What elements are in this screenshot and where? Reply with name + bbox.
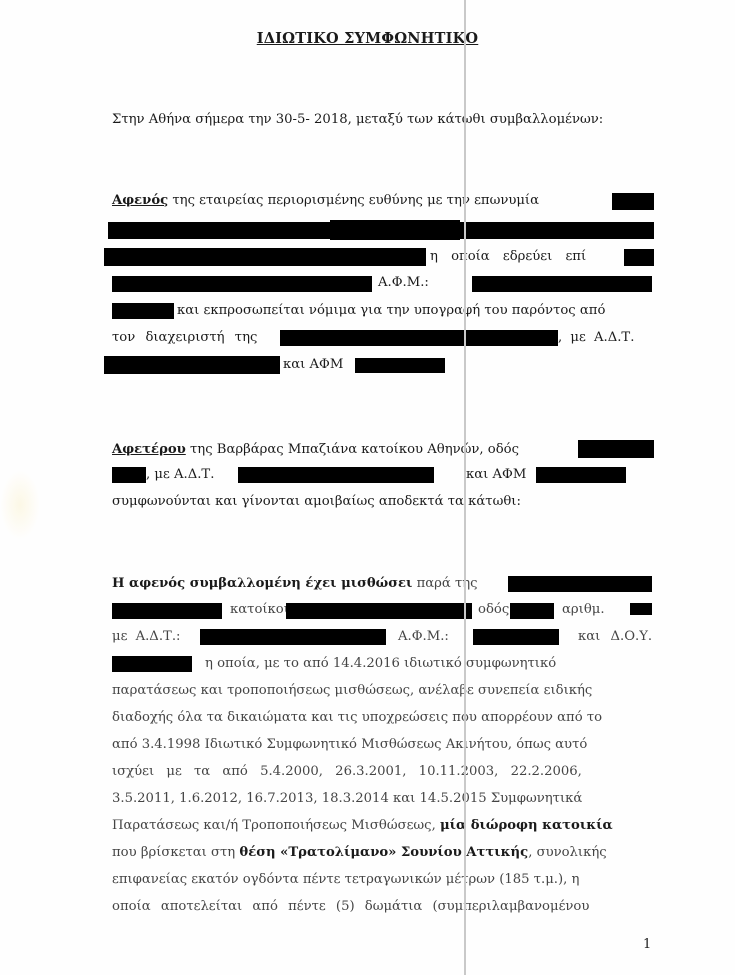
- redaction: [200, 629, 386, 645]
- intro-line: Στην Αθήνα σήμερα την 30-5- 2018, μεταξύ…: [112, 110, 652, 130]
- clause1-line-3b: Α.Φ.Μ.:: [398, 627, 468, 647]
- clause1-line-8: ισχύει με τα από 5.4.2000, 26.3.2001, 10…: [112, 762, 652, 782]
- redaction: [104, 356, 280, 374]
- document-page: ΙΔΙΩΤΙΚΟ ΣΥΜΦΩΝΗΤΙΚΟ Στην Αθήνα σήμερα τ…: [0, 0, 735, 975]
- clause1-line-2c: αριθμ.: [562, 600, 622, 620]
- redaction: [612, 193, 654, 210]
- redaction: [473, 629, 559, 645]
- redaction: [578, 440, 654, 458]
- paper-stain: [0, 470, 40, 540]
- redaction: [238, 467, 434, 483]
- redaction: [472, 276, 652, 292]
- scan-fold-line: [464, 0, 466, 975]
- redaction: [536, 467, 626, 483]
- document-title: ΙΔΙΩΤΙΚΟ ΣΥΜΦΩΝΗΤΙΚΟ: [0, 30, 735, 47]
- party2-line-2b: και ΑΦΜ: [466, 465, 546, 485]
- redaction: [624, 249, 654, 266]
- clause1-line-5: παρατάσεως και τροποποιήσεως μισθώσεως, …: [112, 681, 652, 701]
- party2-label: Αφετέρου: [112, 442, 186, 457]
- party1-line-7: και ΑΦΜ: [283, 355, 363, 375]
- party1-line-4: Α.Φ.Μ.:: [378, 273, 458, 293]
- redaction: [112, 467, 146, 483]
- clause1-line-11: που βρίσκεται στη θέση «Τρατολίμανο» Σου…: [112, 843, 652, 863]
- clause1-line-13: οποία αποτελείται από πέντε (5) δωμάτια …: [112, 897, 652, 917]
- clause1-line-12: επιφανείας εκατόν ογδόντα πέντε τετραγων…: [112, 870, 652, 890]
- redaction: [510, 603, 554, 619]
- redaction: [330, 220, 460, 240]
- redaction: [112, 303, 174, 319]
- redaction: [112, 603, 222, 619]
- party2-line-1: Αφετέρου της Βαρβάρας Μπαζιάνα κατοίκου …: [112, 440, 652, 460]
- clause1-line-10: Παρατάσεως και/ή Τροποποιήσεως Μισθώσεως…: [112, 816, 652, 836]
- redaction: [280, 330, 558, 346]
- clause1-line-4: η οποία, με το από 14.4.2016 ιδιωτικό συ…: [205, 654, 653, 674]
- redaction: [104, 248, 426, 266]
- clause1-line-9: 3.5.2011, 1.6.2012, 16.7.2013, 18.3.2014…: [112, 789, 652, 809]
- redaction: [112, 656, 192, 672]
- page-number: 1: [643, 937, 651, 952]
- redaction: [508, 576, 652, 592]
- party1-line-1: Αφενός της εταιρείας περιορισμένης ευθύν…: [112, 191, 652, 211]
- clause1-line-3a: με Α.Δ.Τ.:: [112, 627, 202, 647]
- party1-label: Αφενός: [112, 193, 168, 208]
- party1-line-5: και εκπροσωπείται νόμιμα για την υπογραφ…: [177, 301, 653, 321]
- party1-line-3: η οποία εδρεύει επί: [430, 247, 620, 267]
- party2-line-2a: , με Α.Δ.Τ.: [146, 465, 246, 485]
- clause1-line-6: διαδοχής όλα τα δικαιώματα και τις υποχρ…: [112, 708, 652, 728]
- party1-line-6b: , με Α.Δ.Τ.: [558, 328, 658, 348]
- redaction: [112, 276, 372, 292]
- redaction: [355, 358, 445, 373]
- party2-line-3: συμφωνούνται και γίνονται αμοιβαίως αποδ…: [112, 492, 652, 512]
- party1-line-6a: τον διαχειριστή της: [112, 328, 282, 348]
- redaction: [630, 603, 652, 615]
- redaction: [286, 603, 472, 619]
- clause1-line-3c: και Δ.Ο.Υ.: [578, 627, 654, 647]
- clause1-line-7: από 3.4.1998 Ιδιωτικό Συμφωνητικό Μισθώσ…: [112, 735, 652, 755]
